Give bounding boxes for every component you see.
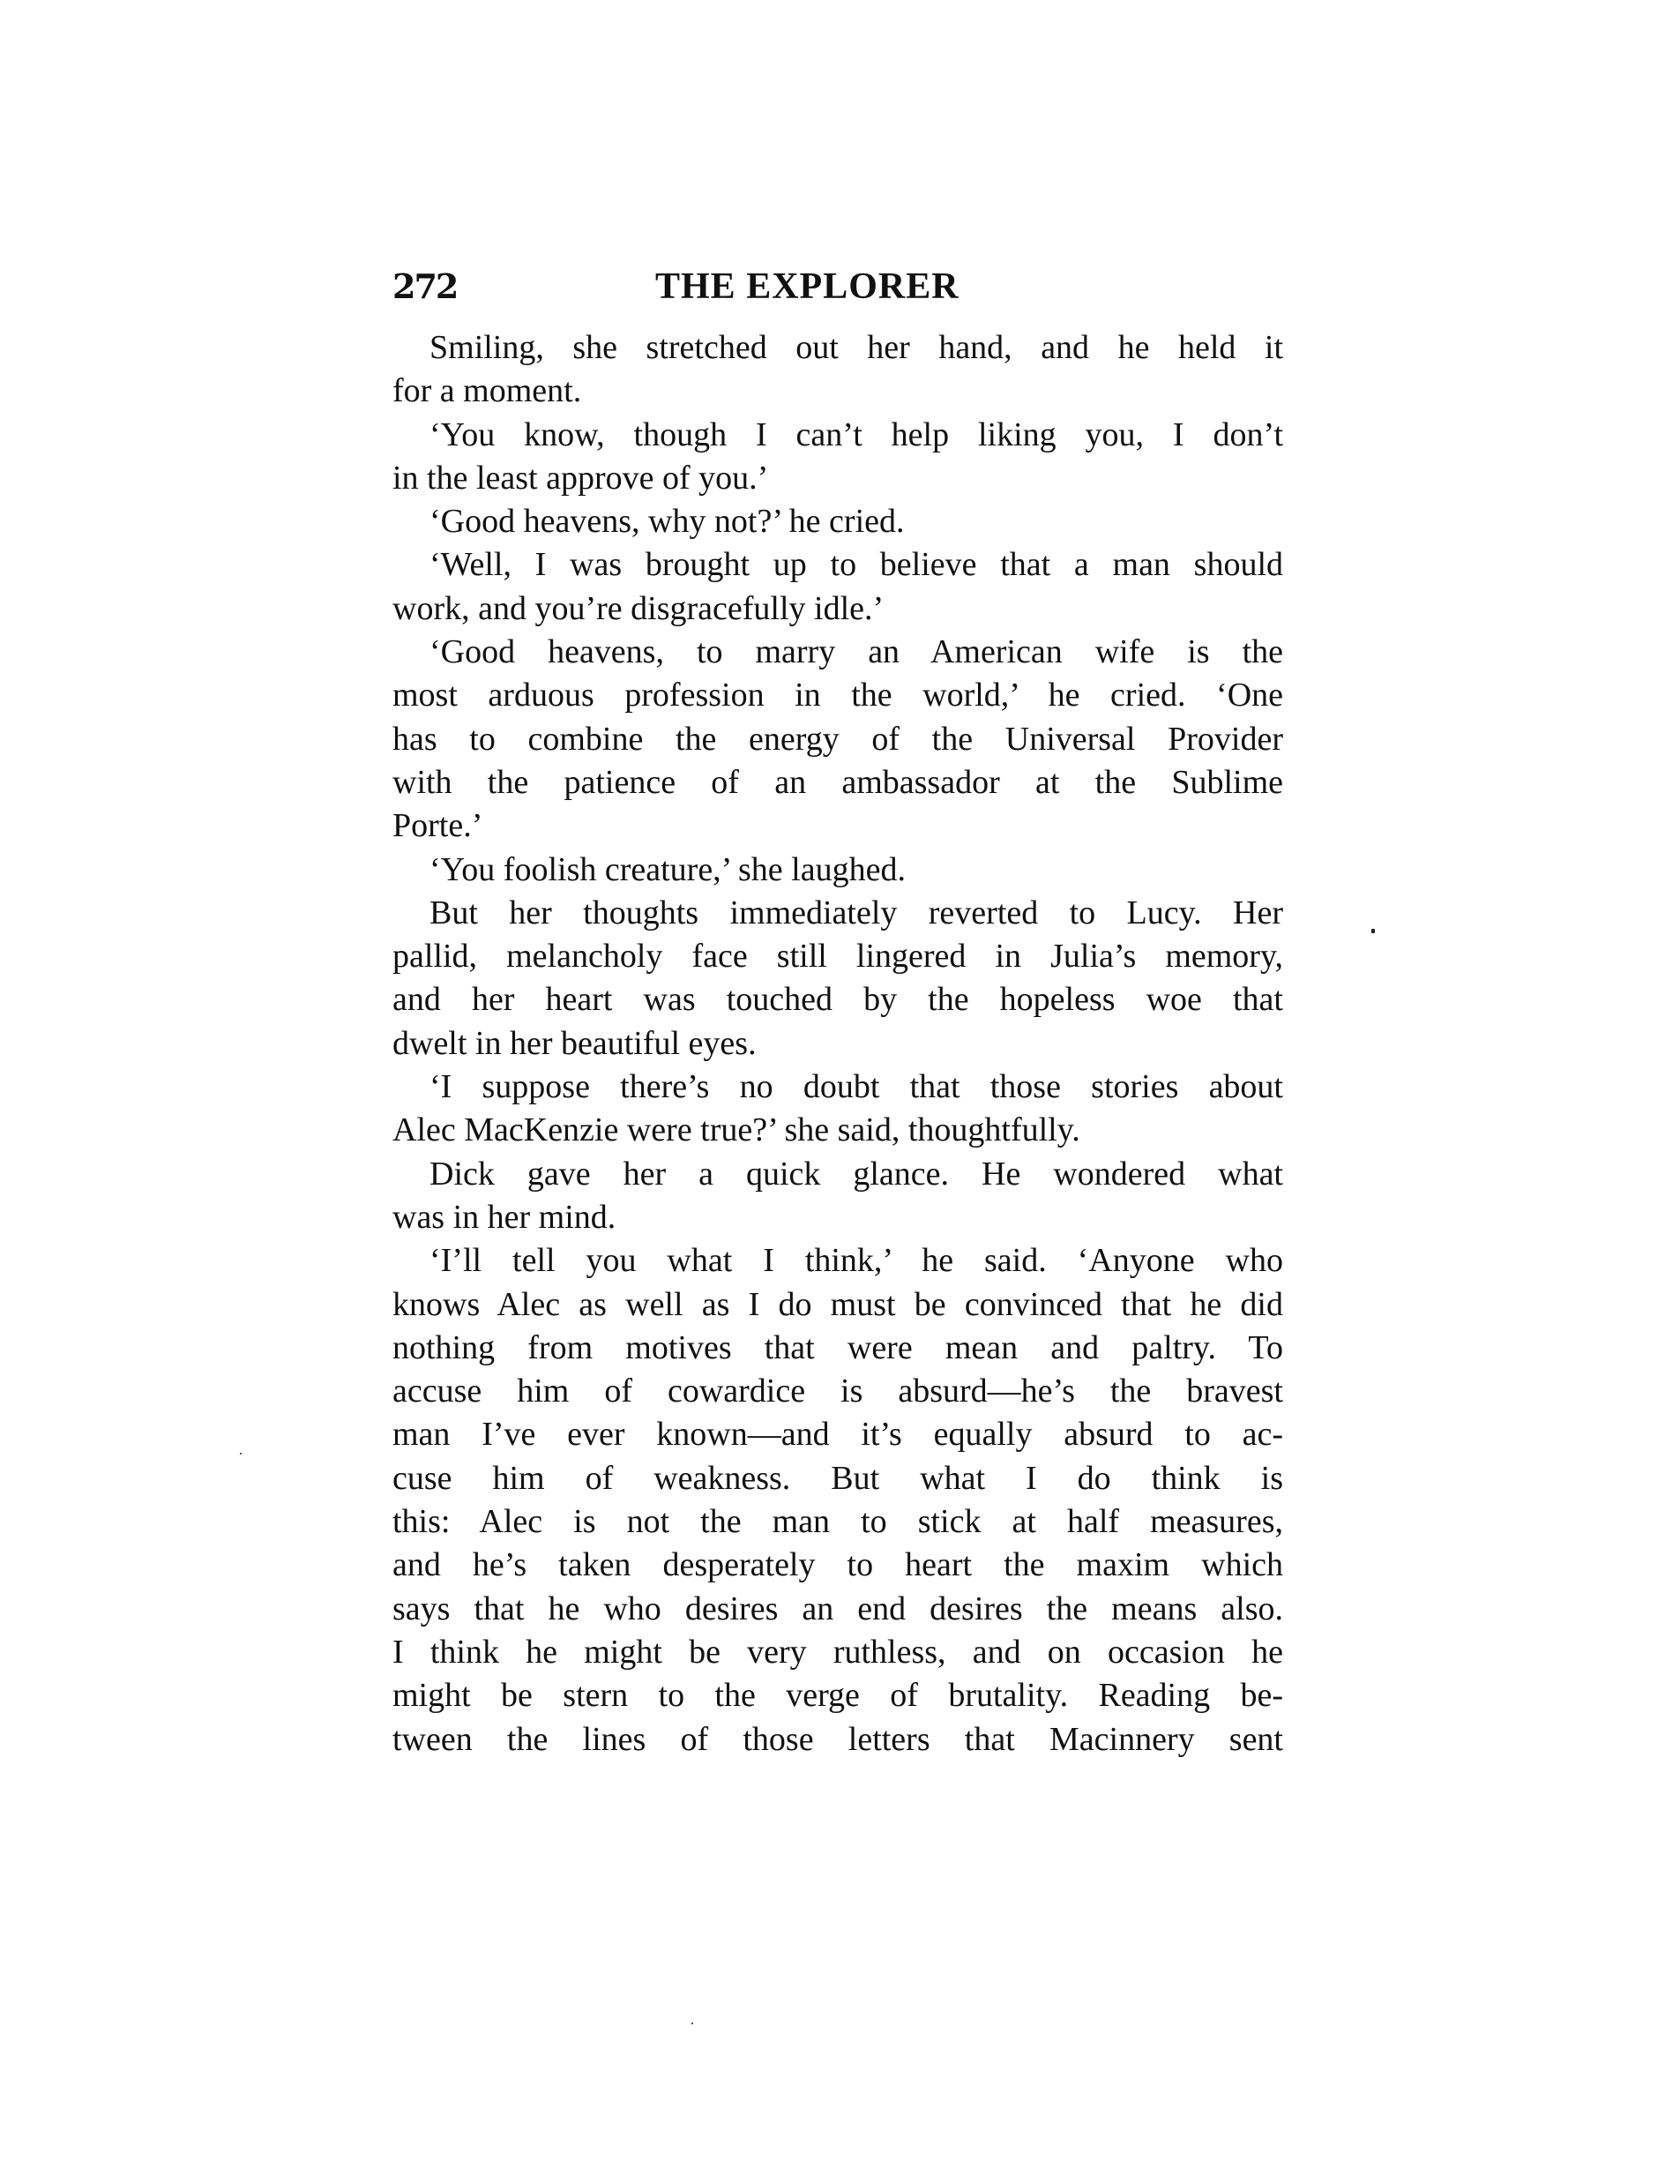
text-line: But her thoughts immediately reverted to… — [392, 892, 1283, 935]
text-line: and her heart was touched by the hopeles… — [392, 978, 1283, 1021]
text-line: ‘You foolish creature,’ she laughed. — [392, 849, 1283, 892]
text-line: tween the lines of those letters that Ma… — [392, 1718, 1283, 1761]
text-line: I think he might be very ruthless, and o… — [392, 1631, 1283, 1674]
text-line: might be stern to the verge of brutality… — [392, 1674, 1283, 1717]
scan-speck — [691, 2023, 693, 2024]
text-line: Porte.’ — [392, 804, 1283, 848]
text-line: man I’ve ever known—and it’s equally abs… — [392, 1413, 1283, 1456]
text-line: accuse him of cowardice is absurd—he’s t… — [392, 1370, 1283, 1413]
text-line: ‘Good heavens, why not?’ he cried. — [392, 500, 1283, 543]
text-line: knows Alec as well as I do must be convi… — [392, 1283, 1283, 1327]
text-line: says that he who desires an end desires … — [392, 1588, 1283, 1631]
text-line: was in her mind. — [392, 1196, 1283, 1239]
running-head-title: THE EXPLORER — [655, 265, 959, 309]
text-line: in the least approve of you.’ — [392, 457, 1283, 500]
text-line: ‘I’ll tell you what I think,’ he said. ‘… — [392, 1239, 1283, 1283]
text-line: for a moment. — [392, 370, 1283, 413]
text-line: ‘Well, I was brought up to believe that … — [392, 543, 1283, 587]
text-line: nothing from motives that were mean and … — [392, 1327, 1283, 1370]
text-line: this: Alec is not the man to stick at ha… — [392, 1500, 1283, 1544]
book-page: 272 THE EXPLORER Smiling, she stretched … — [0, 0, 1680, 2184]
text-line: Smiling, she stretched out her hand, and… — [392, 326, 1283, 370]
page-number: 272 — [392, 265, 457, 309]
scan-speck — [240, 1453, 242, 1455]
page-header: 272 THE EXPLORER — [392, 265, 1283, 309]
body-text: Smiling, she stretched out her hand, and… — [392, 326, 1283, 1761]
text-line: ‘I suppose there’s no doubt that those s… — [392, 1066, 1283, 1109]
text-line: Alec MacKenzie were true?’ she said, tho… — [392, 1109, 1283, 1152]
text-line: dwelt in her beautiful eyes. — [392, 1022, 1283, 1066]
text-line: most arduous profession in the world,’ h… — [392, 674, 1283, 717]
text-line: work, and you’re disgracefully idle.’ — [392, 587, 1283, 631]
text-line: with the patience of an ambassador at th… — [392, 761, 1283, 804]
text-line: ‘You know, though I can’t help liking yo… — [392, 414, 1283, 457]
text-line: has to combine the energy of the Univers… — [392, 718, 1283, 761]
text-line: pallid, melancholy face still lingered i… — [392, 935, 1283, 978]
text-line: and he’s taken desperately to heart the … — [392, 1544, 1283, 1587]
text-line: cuse him of weakness. But what I do thin… — [392, 1457, 1283, 1500]
text-line: Dick gave her a quick glance. He wondere… — [392, 1153, 1283, 1196]
scan-speck — [1371, 929, 1375, 933]
text-line: ‘Good heavens, to marry an American wife… — [392, 631, 1283, 674]
